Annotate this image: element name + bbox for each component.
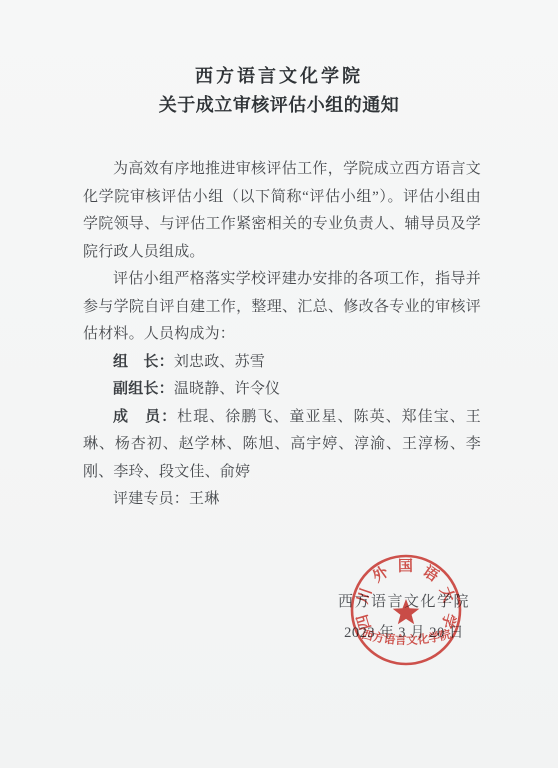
paragraph-intro: 为高效有序地推进审核评估工作，学院成立西方语言文化学院审核评估小组（以下简称“评…	[83, 156, 481, 266]
scanned-notice-page: 西方语言文化学院 关于成立审核评估小组的通知 为高效有序地推进审核评估工作，学院…	[0, 0, 558, 768]
roster-label-deputy: 副组长：	[113, 381, 174, 397]
notice-body: 为高效有序地推进审核评估工作，学院成立西方语言文化学院审核评估小组（以下简称“评…	[83, 156, 481, 514]
signature-date: 2023 年 3 月 20 日	[336, 621, 472, 642]
paragraph-duties: 评估小组严格落实学校评建办安排的各项工作，指导并参与学院自评自建工作，整理、汇总…	[83, 266, 481, 349]
roster-label-specialist: 评建专员：	[113, 491, 189, 507]
signature-org: 西方语言文化学院	[336, 590, 472, 611]
notice-title: 西方语言文化学院 关于成立审核评估小组的通知	[0, 0, 558, 120]
roster-row-specialist: 评建专员：王琳	[83, 486, 481, 514]
signature-block: 西方语言文化学院 2023 年 3 月 20 日	[336, 590, 472, 642]
roster-row-deputy: 副组长：温晓静、许令仪	[83, 376, 481, 404]
roster-row-leader: 组 长：刘忠政、苏雪	[83, 349, 481, 377]
roster-row-members: 成 员：杜琨、徐鹏飞、童亚星、陈英、郑佳宝、王琳、杨杏初、赵学林、陈旭、高宇婷、…	[83, 404, 481, 487]
roster-names-deputy: 温晓静、许令仪	[174, 381, 280, 397]
roster-label-leader: 组 长：	[113, 354, 174, 370]
roster-names-leader: 刘忠政、苏雪	[174, 354, 265, 370]
roster-label-members: 成 员：	[113, 409, 177, 425]
title-org-line: 西方语言文化学院	[0, 62, 558, 90]
roster-names-specialist: 王琳	[189, 491, 219, 507]
title-subject-line: 关于成立审核评估小组的通知	[0, 90, 558, 120]
